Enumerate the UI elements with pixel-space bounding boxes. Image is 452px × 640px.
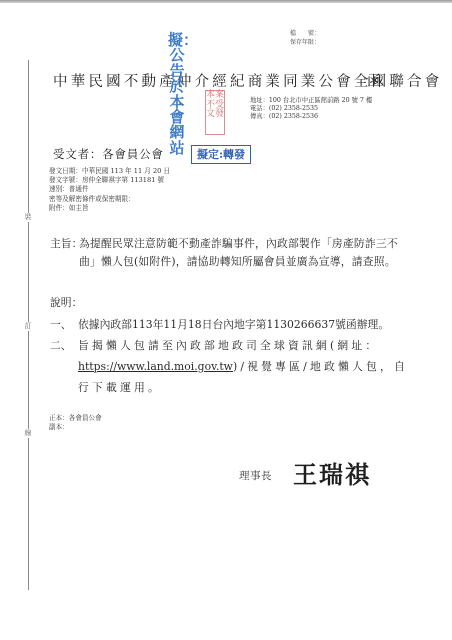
blue-box-stamp: 擬定:轉發: [191, 145, 251, 164]
signatory-name: 王瑞祺: [293, 455, 371, 490]
distribution: 正本：各會員公會 副本：: [49, 414, 102, 432]
moi-land-url-link[interactable]: https://www.land.moi.gov.tw: [78, 360, 233, 373]
secrecy-level: 密等及解密條件或保密期限：: [49, 195, 170, 204]
fax: 傳真：(02) 2358-2536: [250, 113, 372, 121]
retention-label: 保存年限：: [290, 38, 320, 47]
contact-block: 地址：100 台北市中正區館前路 20 號 7 樓 電話：(02) 2358-2…: [250, 97, 372, 121]
subject-label: 主旨：: [50, 235, 82, 253]
blue-vertical-stamp: 擬：公告於本會網站: [168, 33, 186, 156]
explanation-item-1: 一、 依據內政部113年11月18日台內地字第1130266637號函辦理。: [50, 314, 430, 336]
issue-date: 發文日期：中華民國 113 年 11 月 20 日: [49, 167, 170, 176]
file-meta: 檔 號： 保存年限：: [290, 29, 320, 47]
signatory-title: 理事長: [239, 468, 272, 483]
binding-mark-zhuang: 裝: [22, 213, 34, 222]
item-body: 旨揭懶人包請至內政部地政司全球資訊網(網址：https://www.land.m…: [78, 335, 413, 398]
recipient: 受文者：各會員公會: [53, 146, 164, 162]
red-seal-stamp: 本案不受文發: [205, 90, 225, 135]
cc-recipients: 副本：: [49, 423, 102, 432]
binding-mark-ding: 訂: [22, 322, 34, 331]
phone: 電話：(02) 2358-2535: [250, 105, 372, 113]
subject-text: 為提醒民眾注意防範不動產詐騙事件，內政部製作「房產防詐三不曲」懶人包(如附件)，…: [79, 235, 411, 271]
scan-top-edge: [0, 0, 452, 3]
item-number: 一、: [50, 314, 72, 335]
item-number: 二、: [50, 335, 72, 356]
binding-mark-xian: 線: [22, 429, 34, 438]
item-text-before: 旨揭懶人包請至內政部地政司全球資訊網(網址：: [78, 339, 379, 352]
explanation-label: 說明：: [50, 295, 82, 310]
explanation-item-2: 二、 旨揭懶人包請至內政部地政司全球資訊網(網址：https://www.lan…: [50, 335, 430, 400]
attachment: 附件：如主旨: [49, 204, 170, 213]
organization-title: 中華民國不動產仲介經紀商業同業公會全國聯合會: [53, 70, 442, 91]
document-meta: 發文日期：中華民國 113 年 11 月 20 日 發文字號：房仲全聯祺字第 1…: [49, 167, 170, 213]
item-text: 依據內政部113年11月18日台內地字第1130266637號函辦理。: [78, 314, 438, 335]
document-type: 函: [367, 70, 382, 91]
address: 地址：100 台北市中正區館前路 20 號 7 樓: [250, 97, 372, 105]
archive-no-label: 檔 號：: [290, 29, 320, 38]
original-recipients: 正本：各會員公會: [49, 414, 102, 423]
delivery-speed: 速別：普通件: [49, 185, 170, 194]
